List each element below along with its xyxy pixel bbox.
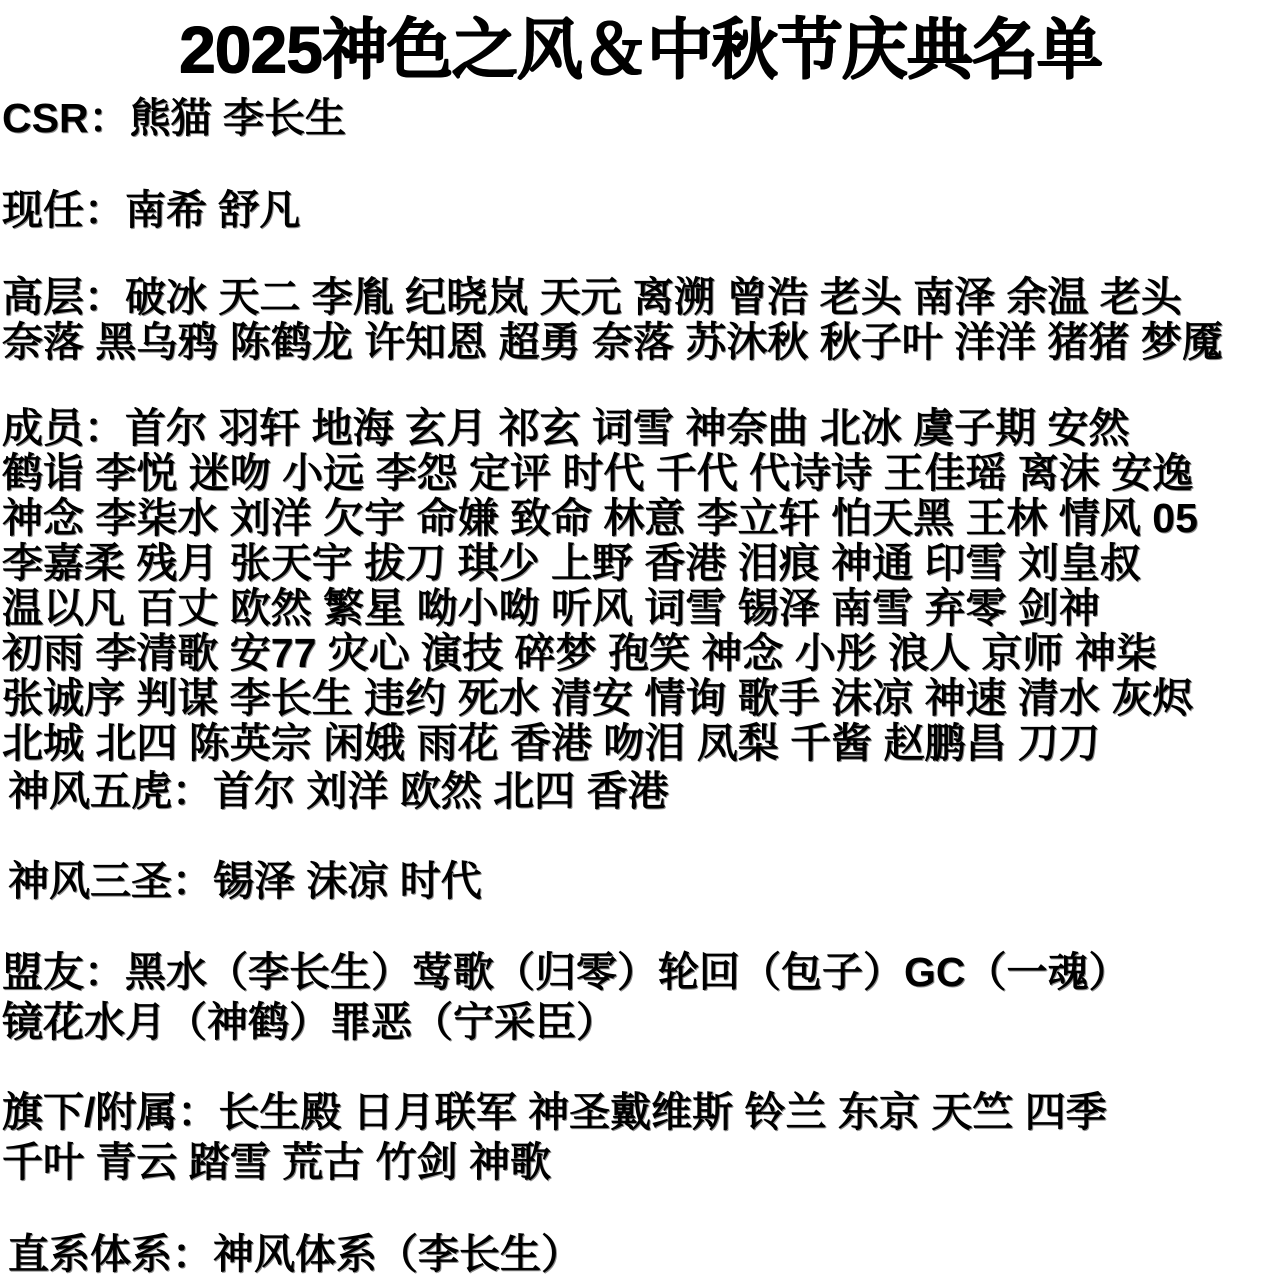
members-line-6: 初雨 李清歌 安77 灾心 演技 碎梦 孢笑 神念 小彤 浪人 京师 神柒 [2,631,1280,676]
name-list-document: 2025神色之风＆中秋节庆典名单 CSR：熊猫 李长生 现任：南希 舒凡 高层：… [0,0,1280,1280]
section-csr: CSR：熊猫 李长生 [0,96,1280,141]
five-tigers-line: 神风五虎：首尔 刘洋 欧然 北四 香港 [8,769,1280,814]
direct-line-line: 直系体系：神风体系（李长生） [8,1232,1280,1277]
members-line-4: 李嘉柔 残月 张天宇 拔刀 琪少 上野 香港 泪痕 神通 印雪 刘皇叔 [2,541,1280,586]
senior-line-2: 奈落 黑乌鸦 陈鹤龙 许知恩 超勇 奈落 苏沐秋 秋子叶 洋洋 猪猪 梦魇 [2,320,1280,365]
csr-line: CSR：熊猫 李长生 [2,96,1280,141]
members-line-3: 神念 李柒水 刘洋 欠宇 命嫌 致命 林意 李立轩 怕天黑 王林 情风 05 [2,496,1280,541]
page-title: 2025神色之风＆中秋节庆典名单 [0,8,1280,90]
section-senior-members: 高层：破冰 天二 李胤 纪晓岚 天元 离溯 曾浩 老头 南泽 余温 老头 奈落 … [0,275,1280,365]
section-direct-line: 直系体系：神风体系（李长生） [0,1232,1280,1277]
section-members: 成员：首尔 羽轩 地海 玄月 祁玄 词雪 神奈曲 北冰 虞子期 安然 鹤诣 李悦… [0,406,1280,766]
allies-line-2: 镜花水月（神鹤）罪恶（宁采臣） [2,997,1280,1047]
senior-line-1: 高层：破冰 天二 李胤 纪晓岚 天元 离溯 曾浩 老头 南泽 余温 老头 [2,275,1280,320]
members-line-7: 张诚序 判谋 李长生 违约 死水 清安 情询 歌手 沫凉 神速 清水 灰烬 [2,676,1280,721]
section-five-tigers: 神风五虎：首尔 刘洋 欧然 北四 香港 [0,769,1280,814]
members-line-1: 成员：首尔 羽轩 地海 玄月 祁玄 词雪 神奈曲 北冰 虞子期 安然 [2,406,1280,451]
subsidiaries-line-1: 旗下/附属：长生殿 日月联军 神圣戴维斯 铃兰 东京 天竺 四季 [2,1087,1280,1137]
three-sages-line: 神风三圣：锡泽 沫凉 时代 [8,859,1280,904]
current-leaders-line: 现任：南希 舒凡 [2,188,1280,233]
section-subsidiaries: 旗下/附属：长生殿 日月联军 神圣戴维斯 铃兰 东京 天竺 四季 千叶 青云 踏… [0,1087,1280,1187]
subsidiaries-line-2: 千叶 青云 踏雪 荒古 竹剑 神歌 [2,1137,1280,1187]
members-line-2: 鹤诣 李悦 迷吻 小远 李怨 定评 时代 千代 代诗诗 王佳瑶 离沫 安逸 [2,451,1280,496]
section-allies: 盟友：黑水（李长生）莺歌（归零）轮回（包子）GC（一魂） 镜花水月（神鹤）罪恶（… [0,947,1280,1047]
members-line-5: 温以凡 百丈 欧然 繁星 呦小呦 听风 词雪 锡泽 南雪 弃零 剑神 [2,586,1280,631]
section-three-sages: 神风三圣：锡泽 沫凉 时代 [0,859,1280,904]
allies-line-1: 盟友：黑水（李长生）莺歌（归零）轮回（包子）GC（一魂） [2,947,1280,997]
members-line-8: 北城 北四 陈英宗 闲娥 雨花 香港 吻泪 凤梨 千酱 赵鹏昌 刀刀 [2,721,1280,766]
section-current-leaders: 现任：南希 舒凡 [0,188,1280,233]
